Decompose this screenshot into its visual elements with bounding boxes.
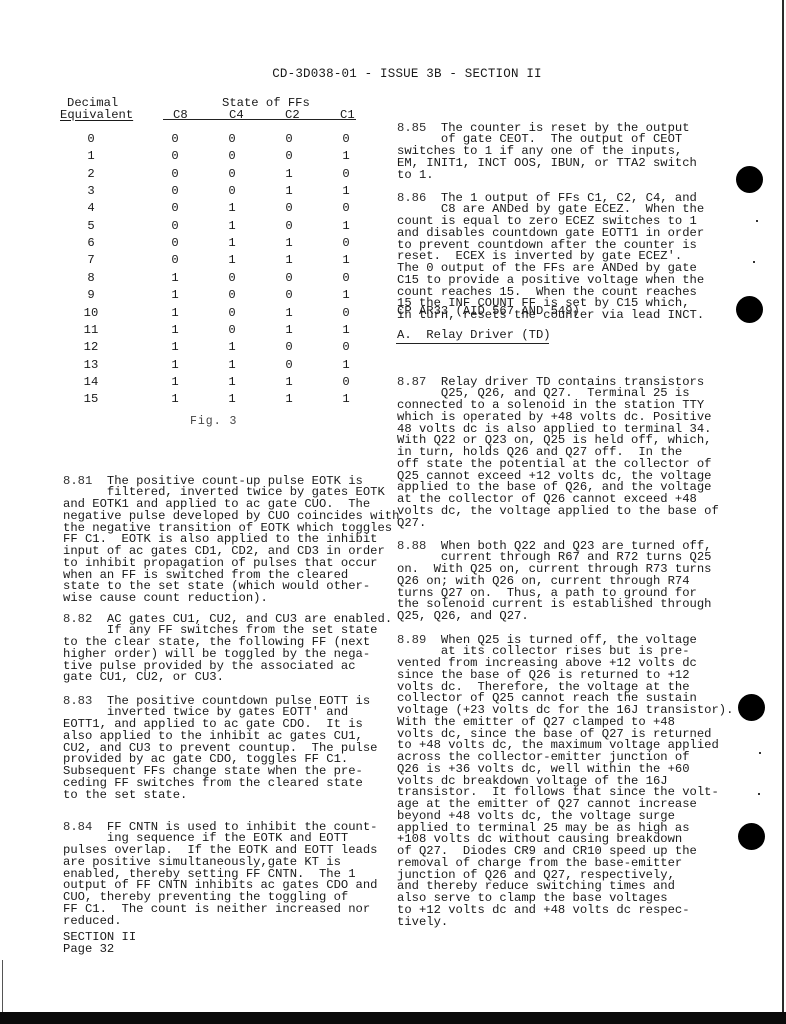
- table-cell-c2: 1: [279, 184, 299, 198]
- table-cell-decimal: 9: [81, 288, 101, 302]
- table-cell-c2: 0: [279, 288, 299, 302]
- table-cell-c8: 1: [165, 306, 185, 320]
- table-cell-c8: 1: [165, 271, 185, 285]
- table-cell-c8: 0: [165, 253, 185, 267]
- table-cell-c2: 1: [279, 236, 299, 250]
- table-cell-c4: 0: [222, 323, 242, 337]
- table-cell-decimal: 2: [81, 167, 101, 181]
- document-header: CD-3D038-01 - ISSUE 3B - SECTION II: [0, 67, 786, 81]
- table-cell-decimal: 8: [81, 271, 101, 285]
- paragraph-body: 8.83 The positive countdown pulse EOTT i…: [63, 696, 378, 802]
- table-cell-c4: 0: [222, 288, 242, 302]
- paragraph-8-83: 8.83 The positive countdown pulse EOTT i…: [63, 672, 378, 813]
- table-cell-c8: 0: [165, 236, 185, 250]
- scan-speck: [756, 220, 758, 222]
- scan-edge-right: [782, 0, 784, 1012]
- punch-hole-icon: [736, 296, 763, 323]
- paragraph-8-87: 8.87 Relay driver TD contains transistor…: [397, 353, 719, 541]
- table-cell-c1: 0: [336, 375, 356, 389]
- scan-edge-left: [2, 960, 3, 1012]
- table-cell-c2: 1: [279, 167, 299, 181]
- scan-speck: [759, 752, 761, 754]
- table-cell-c1: 1: [336, 392, 356, 406]
- table-cell-decimal: 12: [81, 340, 101, 354]
- table-cell-decimal: 1: [81, 149, 101, 163]
- table-cell-decimal: 0: [81, 132, 101, 146]
- table-cell-c1: 1: [336, 253, 356, 267]
- table-cell-c8: 1: [165, 340, 185, 354]
- table-cell-c1: 1: [336, 358, 356, 372]
- table-cell-c2: 0: [279, 340, 299, 354]
- table-cell-decimal: 13: [81, 358, 101, 372]
- table-cell-c1: 1: [336, 149, 356, 163]
- paragraph-line: tively.: [397, 917, 733, 929]
- table-cell-decimal: 5: [81, 219, 101, 233]
- table-cell-c4: 0: [222, 306, 242, 320]
- table-cell-decimal: 10: [81, 306, 101, 320]
- table-cell-c4: 0: [222, 167, 242, 181]
- table-cell-c2: 1: [279, 392, 299, 406]
- table-cell-c4: 1: [222, 358, 242, 372]
- paragraph-8-84: 8.84 FF CNTN is used to inhibit the coun…: [63, 798, 378, 939]
- table-cell-c4: 0: [222, 184, 242, 198]
- table-cell-c4: 0: [222, 271, 242, 285]
- table-cell-c1: 0: [336, 201, 356, 215]
- table-cell-c4: 0: [222, 132, 242, 146]
- table-header-rule: [163, 119, 356, 120]
- table-cell-c8: 0: [165, 167, 185, 181]
- scan-speck: [753, 261, 755, 263]
- table-cell-c1: 0: [336, 306, 356, 320]
- footer-page-number: Page 32: [63, 943, 136, 955]
- table-cell-c2: 0: [279, 271, 299, 285]
- table-cell-decimal: 15: [81, 392, 101, 406]
- figure-caption: Fig. 3: [190, 415, 237, 428]
- table-cell-c4: 1: [222, 392, 242, 406]
- table-cell-decimal: 11: [81, 323, 101, 337]
- table-cell-c8: 1: [165, 358, 185, 372]
- table-cell-c8: 1: [165, 392, 185, 406]
- table-cell-c8: 1: [165, 375, 185, 389]
- table-cell-c1: 0: [336, 132, 356, 146]
- table-cell-decimal: 14: [81, 375, 101, 389]
- section-heading-relay-driver: A. Relay Driver (TD): [397, 330, 551, 342]
- table-cell-c1: 1: [336, 288, 356, 302]
- paragraph-body: 8.81 The positive count-up pulse EOTK is…: [63, 476, 399, 605]
- table-cell-c4: 1: [222, 219, 242, 233]
- table-cell-c4: 1: [222, 340, 242, 354]
- table-cell-c2: 0: [279, 219, 299, 233]
- table-cell-decimal: 4: [81, 201, 101, 215]
- table-cell-c2: 1: [279, 306, 299, 320]
- paragraph-body: 8.84 FF CNTN is used to inhibit the coun…: [63, 822, 378, 928]
- table-cell-c1: 1: [336, 219, 356, 233]
- table-cell-c4: 0: [222, 149, 242, 163]
- col-header-decimal-line2: Equivalent: [60, 109, 133, 121]
- table-cell-c2: 0: [279, 149, 299, 163]
- table-cell-c1: 0: [336, 236, 356, 250]
- table-cell-c4: 1: [222, 375, 242, 389]
- paragraph-8-89: 8.89 When Q25 is turned off, the voltage…: [397, 611, 733, 940]
- punch-hole-icon: [736, 166, 763, 193]
- table-cell-c2: 0: [279, 201, 299, 215]
- table-cell-c8: 0: [165, 132, 185, 146]
- table-cell-c1: 0: [336, 271, 356, 285]
- table-cell-decimal: 6: [81, 236, 101, 250]
- table-cell-c8: 0: [165, 184, 185, 198]
- table-cell-c8: 1: [165, 323, 185, 337]
- paragraph-line: reduced.: [63, 916, 378, 928]
- table-cell-c2: 1: [279, 323, 299, 337]
- table-cell-c4: 1: [222, 253, 242, 267]
- section-heading-underline: [396, 343, 549, 344]
- table-cell-c8: 0: [165, 219, 185, 233]
- table-cell-c1: 0: [336, 340, 356, 354]
- table-cell-decimal: 7: [81, 253, 101, 267]
- scan-speck: [758, 793, 760, 795]
- table-cell-c8: 0: [165, 201, 185, 215]
- table-cell-c1: 1: [336, 184, 356, 198]
- paragraph-body: 8.86 The 1 output of FFs C1, C2, C4, and…: [397, 193, 704, 322]
- table-cell-c8: 1: [165, 288, 185, 302]
- table-cell-c4: 1: [222, 236, 242, 250]
- table-cell-c2: 0: [279, 132, 299, 146]
- cp-reference: CP AR33 (AID 567 AND 549): [397, 306, 580, 318]
- page-footer: SECTION II Page 32: [63, 931, 136, 955]
- punch-hole-icon: [738, 823, 765, 850]
- table-cell-c2: 0: [279, 358, 299, 372]
- table-cell-c2: 1: [279, 375, 299, 389]
- table-cell-c4: 1: [222, 201, 242, 215]
- paragraph-body: 8.89 When Q25 is turned off, the voltage…: [397, 635, 733, 929]
- table-cell-c1: 1: [336, 323, 356, 337]
- table-cell-decimal: 3: [81, 184, 101, 198]
- table-cell-c2: 1: [279, 253, 299, 267]
- table-cell-c1: 0: [336, 167, 356, 181]
- table-cell-c8: 0: [165, 149, 185, 163]
- paragraph-line: EM, INIT1, INCT OOS, IBUN, or TTA2 switc…: [397, 158, 697, 170]
- punch-hole-icon: [738, 694, 765, 721]
- paragraph-body: 8.87 Relay driver TD contains transistor…: [397, 377, 719, 530]
- scan-band-bottom: [0, 1012, 786, 1024]
- paragraph-line: volts dc, the voltage applied to the bas…: [397, 506, 719, 518]
